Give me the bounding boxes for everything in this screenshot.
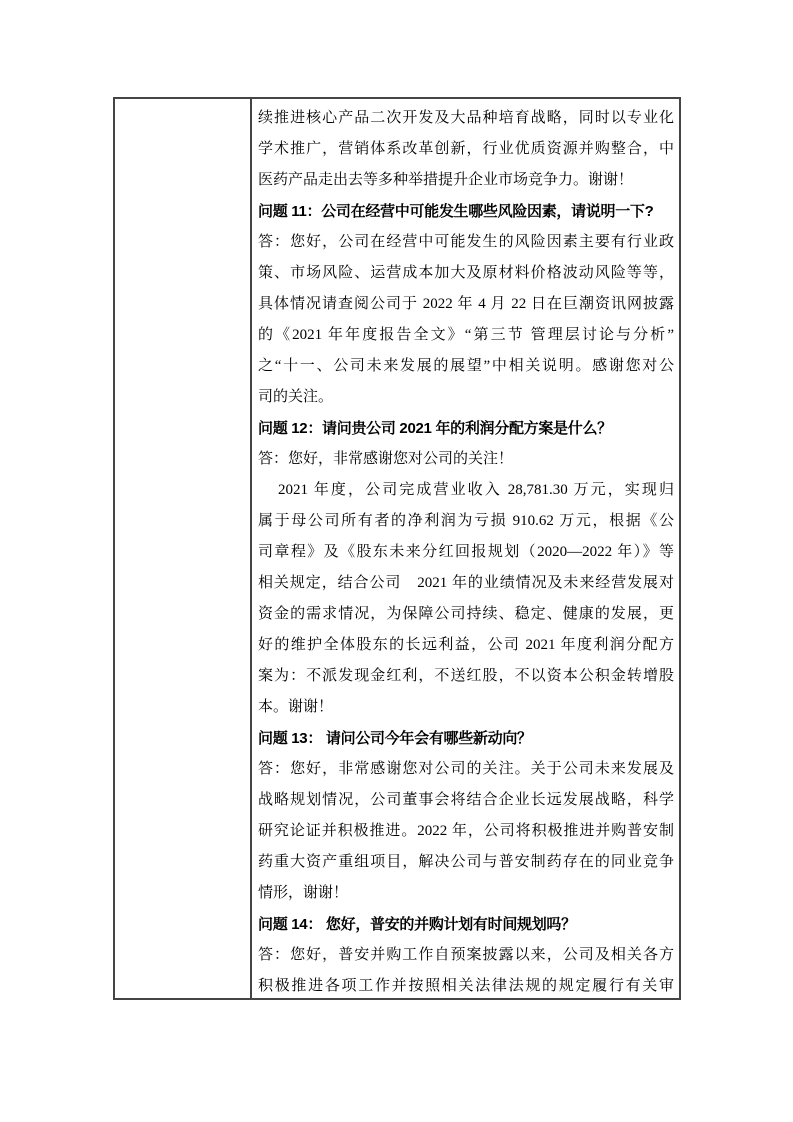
answer-line: 续推进核心产品二次开发及大品种培育战略，同时以专业化 [258,103,674,134]
answer-line: 司章程》及《股东未来分红回报规划（2020—2022 年）》等 [258,537,674,568]
answer-line: 策、市场风险、运营成本加大及原材料价格波动风险等等， [258,258,674,289]
answer-line: 药重大资产重组项目，解决公司与普安制药存在的同业竞争 [258,847,674,878]
qa-table: 续推进核心产品二次开发及大品种培育战略，同时以专业化学术推广，营销体系改革创新，… [113,97,681,1000]
answer-line: 司的关注。 [258,382,674,413]
answer-line: 医药产品走出去等多种举措提升企业市场竞争力。谢谢！ [258,165,674,196]
answer-line: 战略规划情况，公司董事会将结合企业长远发展战略，科学 [258,785,674,816]
answer-line: 答：您好，非常感谢您对公司的关注。关于公司未来发展及 [258,754,674,785]
document-page: 续推进核心产品二次开发及大品种培育战略，同时以专业化学术推广，营销体系改革创新，… [0,0,793,1122]
answer-line: 案为：不派发现金红利，不送红股，不以资本公积金转增股 [258,661,674,692]
qa-text-column: 续推进核心产品二次开发及大品种培育战略，同时以专业化学术推广，营销体系改革创新，… [252,99,679,998]
answer-line: 之“十一、公司未来发展的展望”中相关说明。感谢您对公 [258,351,674,382]
answer-line: 答：您好，非常感谢您对公司的关注！ [258,444,674,475]
answer-line: 研究论证并积极推进。2022 年，公司将积极推进并购普安制 [258,816,674,847]
answer-line: 积极推进各项工作并按照相关法律法规的规定履行有关审 [258,971,674,998]
question-line: 问题 14： 您好，普安的并购计划有时间规划吗？ [258,909,674,940]
answer-line: 具体情况请查阅公司于 2022 年 4 月 22 日在巨潮资讯网披露 [258,289,674,320]
answer-line: 答：您好，普安并购工作自预案披露以来，公司及相关各方 [258,940,674,971]
answer-line: 属于母公司所有者的净利润为亏损 910.62 万元，根据《公 [258,506,674,537]
question-line: 问题 13： 请问公司今年会有哪些新动向？ [258,723,674,754]
question-line: 问题 12：请问贵公司 2021 年的利润分配方案是什么？ [258,413,674,444]
table-cell-left-empty [115,99,252,998]
answer-line: 情形，谢谢！ [258,878,674,909]
answer-line: 资金的需求情况，为保障公司持续、稳定、健康的发展，更 [258,599,674,630]
answer-line: 学术推广，营销体系改革创新，行业优质资源并购整合，中 [258,134,674,165]
answer-line: 相关规定，结合公司 2021 年的业绩情况及未来经营发展对 [258,568,674,599]
answer-line: 本。谢谢！ [258,692,674,723]
question-line: 问题 11：公司在经营中可能发生哪些风险因素，请说明一下? [258,196,674,227]
answer-line: 2021 年度，公司完成营业收入 28,781.30 万元，实现归 [258,475,674,506]
answer-line: 的《2021 年年度报告全文》“第三节 管理层讨论与分析” [258,320,674,351]
answer-line: 好的维护全体股东的长远利益，公司 2021 年度利润分配方 [258,630,674,661]
answer-line: 答：您好，公司在经营中可能发生的风险因素主要有行业政 [258,227,674,258]
